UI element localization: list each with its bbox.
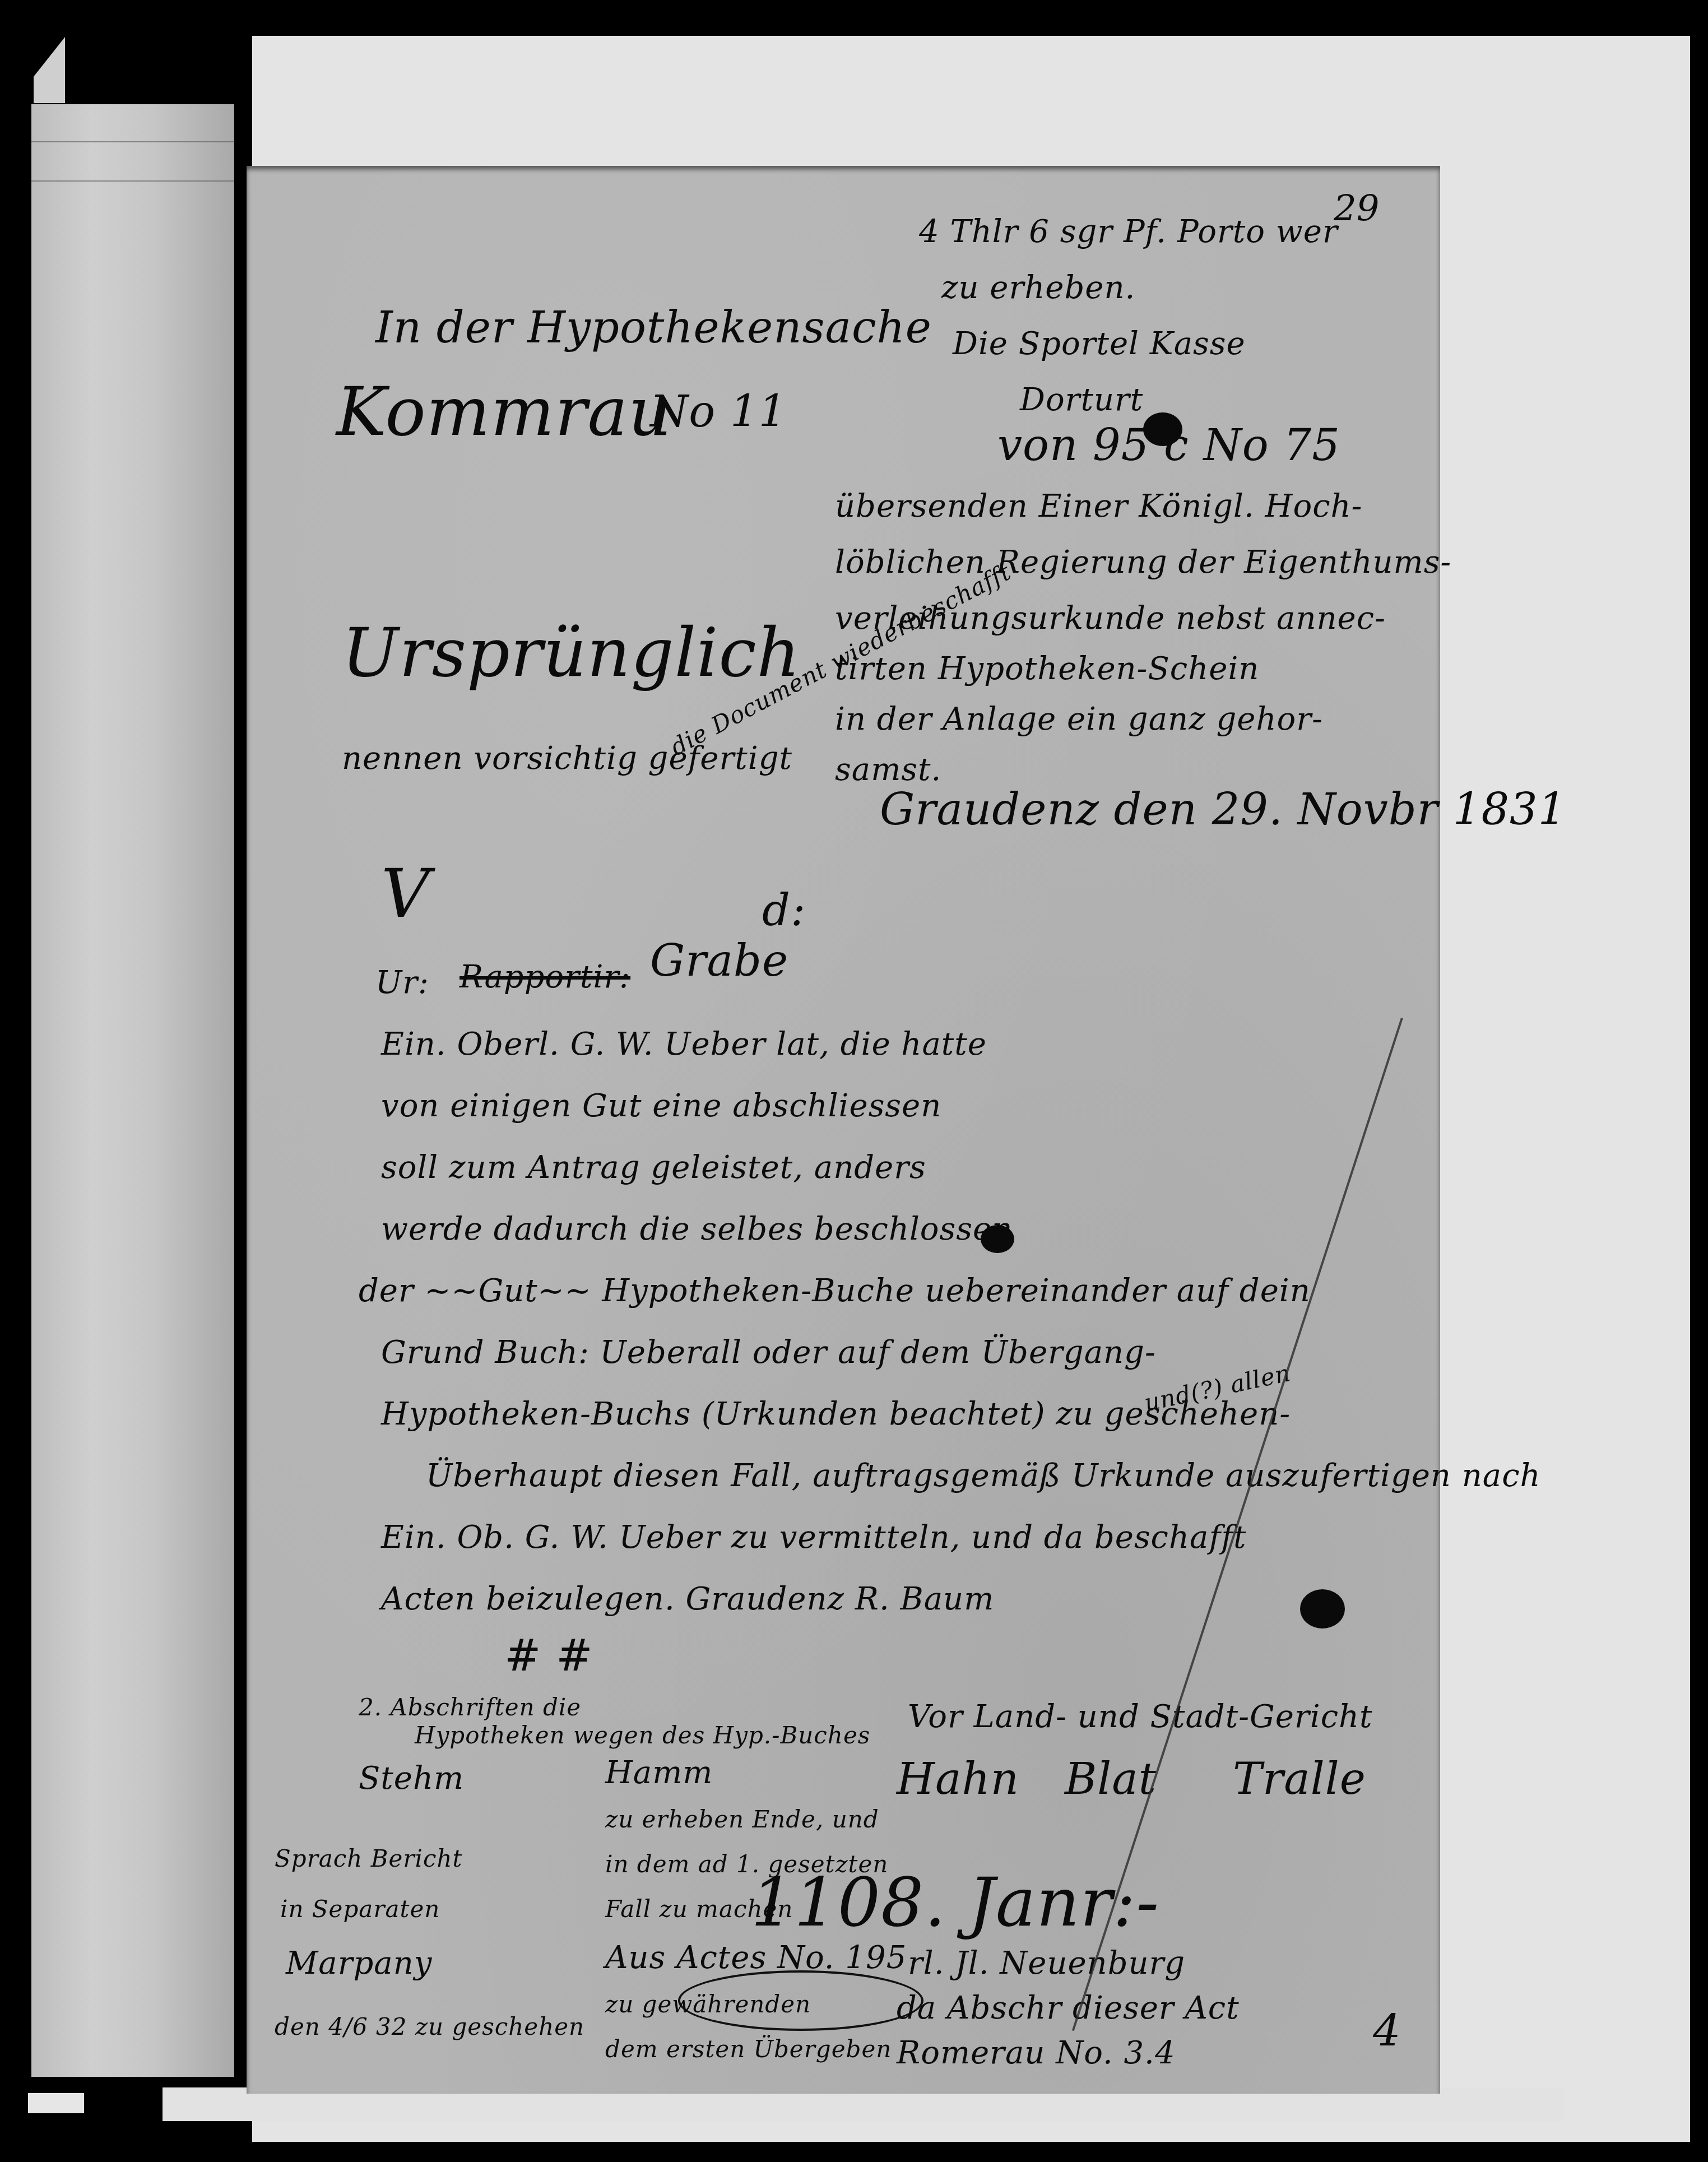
section2-line: zu gewährenden bbox=[605, 1993, 811, 2016]
decree-line: soll zum Antrag geleistet, anders bbox=[381, 1152, 926, 1184]
ref-right-line: da Abschr dieser Act bbox=[897, 1993, 1240, 2024]
body-right-line: übersenden Einer Königl. Hoch- bbox=[835, 491, 1362, 522]
court-name: Vor Land- und Stadt-Gericht bbox=[908, 1701, 1373, 1733]
section2-line: zu erheben Ende, und bbox=[605, 1808, 879, 1831]
section2-line: 2. Abschriften die bbox=[359, 1696, 581, 1719]
section2-line: Hamm bbox=[605, 1757, 713, 1789]
manuscript-page: 29 In der Hypothekensache Kommrau No 11 … bbox=[247, 166, 1440, 2094]
section2-line: dem ersten Übergeben bbox=[605, 2038, 892, 2061]
margin-left-line: den 4/6 32 zu geschehen bbox=[275, 2015, 584, 2039]
margin-left-line: in Separaten bbox=[280, 1897, 440, 1921]
section2-line: Stehm bbox=[359, 1763, 464, 1794]
roll-seam bbox=[31, 180, 234, 182]
mark-d: d: bbox=[762, 889, 806, 932]
header-right-line: zu erheben. bbox=[941, 272, 1135, 304]
body-left-line1: Ursprünglich bbox=[342, 620, 801, 687]
roll-bottom-flap bbox=[28, 2093, 84, 2113]
page-marker-bottom: 4 bbox=[1373, 2010, 1401, 2053]
decree-line: Grund Buch: Ueberall oder auf dem Überga… bbox=[381, 1337, 1156, 1368]
decree-line: werde dadurch die selbes beschlossen bbox=[381, 1214, 1013, 1245]
decree-line: der ~~Gut~~ Hypotheken-Buche uebereinand… bbox=[359, 1275, 1311, 1307]
decree-line: von einigen Gut eine abschliessen bbox=[381, 1091, 941, 1122]
body-right-line: in der Anlage ein ganz gehor- bbox=[835, 704, 1323, 735]
header-left-line2: Kommrau bbox=[336, 379, 672, 446]
header-left-number: No 11 bbox=[650, 390, 787, 434]
decree-heading: Grabe bbox=[650, 939, 788, 983]
signature: Blat bbox=[1065, 1757, 1157, 1801]
header-right-line: Dorturt bbox=[1020, 384, 1143, 416]
header-left-line1: In der Hypothekensache bbox=[375, 306, 932, 350]
body-right-line: löblichen Regierung der Eigenthums- bbox=[835, 547, 1451, 578]
decree-heading-struck: Rapportir: bbox=[460, 962, 630, 993]
header-right-line: Die Sportel Kasse bbox=[953, 328, 1246, 360]
decree-line: Überhaupt diesen Fall, auftragsgemäß Urk… bbox=[426, 1460, 1541, 1492]
decree-prefix: Ur: bbox=[375, 967, 429, 999]
ink-blot bbox=[1300, 1589, 1345, 1629]
ref-right-line: Romerau No. 3.4 bbox=[897, 2038, 1176, 2069]
signature: Hahn bbox=[897, 1757, 1019, 1801]
margin-left-line: Sprach Bericht bbox=[275, 1847, 462, 1871]
section2-marks: # # bbox=[504, 1634, 593, 1678]
ink-blot bbox=[1143, 412, 1182, 446]
ref-right-line: rl. Jl. Neuenburg bbox=[908, 1948, 1185, 1979]
ink-blot bbox=[981, 1225, 1014, 1253]
decree-line: Ein. Ob. G. W. Ueber zu vermitteln, und … bbox=[381, 1522, 1246, 1553]
section2-line: Hypotheken wegen des Hyp.-Buches bbox=[415, 1724, 870, 1747]
margin-left-line: Marpany bbox=[286, 1948, 432, 1979]
roll-seam bbox=[31, 141, 234, 142]
header-right-line: 4 Thlr 6 sgr Pf. Porto wer bbox=[919, 216, 1338, 248]
body-left-line2: nennen vorsichtig gefertigt bbox=[342, 743, 792, 774]
roll-top-flap bbox=[34, 37, 65, 103]
decree-line: Acten beizulegen. Graudenz R. Baum bbox=[381, 1584, 994, 1615]
body-right-line: tirten Hypotheken-Schein bbox=[835, 653, 1259, 685]
place-date: Graudenz den 29. Novbr 1831 bbox=[880, 788, 1566, 832]
check-mark: V bbox=[381, 861, 430, 928]
folio-number: 29 bbox=[1334, 188, 1379, 230]
rolled-paper-left bbox=[31, 104, 234, 2077]
body-right-line: samst. bbox=[835, 754, 941, 786]
decree-line: Ein. Oberl. G. W. Ueber lat, die hatte bbox=[381, 1029, 987, 1060]
received-date: 1108. Janr:- bbox=[751, 1869, 1159, 1937]
section2-line: Aus Actes No. 195 bbox=[605, 1942, 907, 1974]
signature: Tralle bbox=[1233, 1757, 1366, 1801]
